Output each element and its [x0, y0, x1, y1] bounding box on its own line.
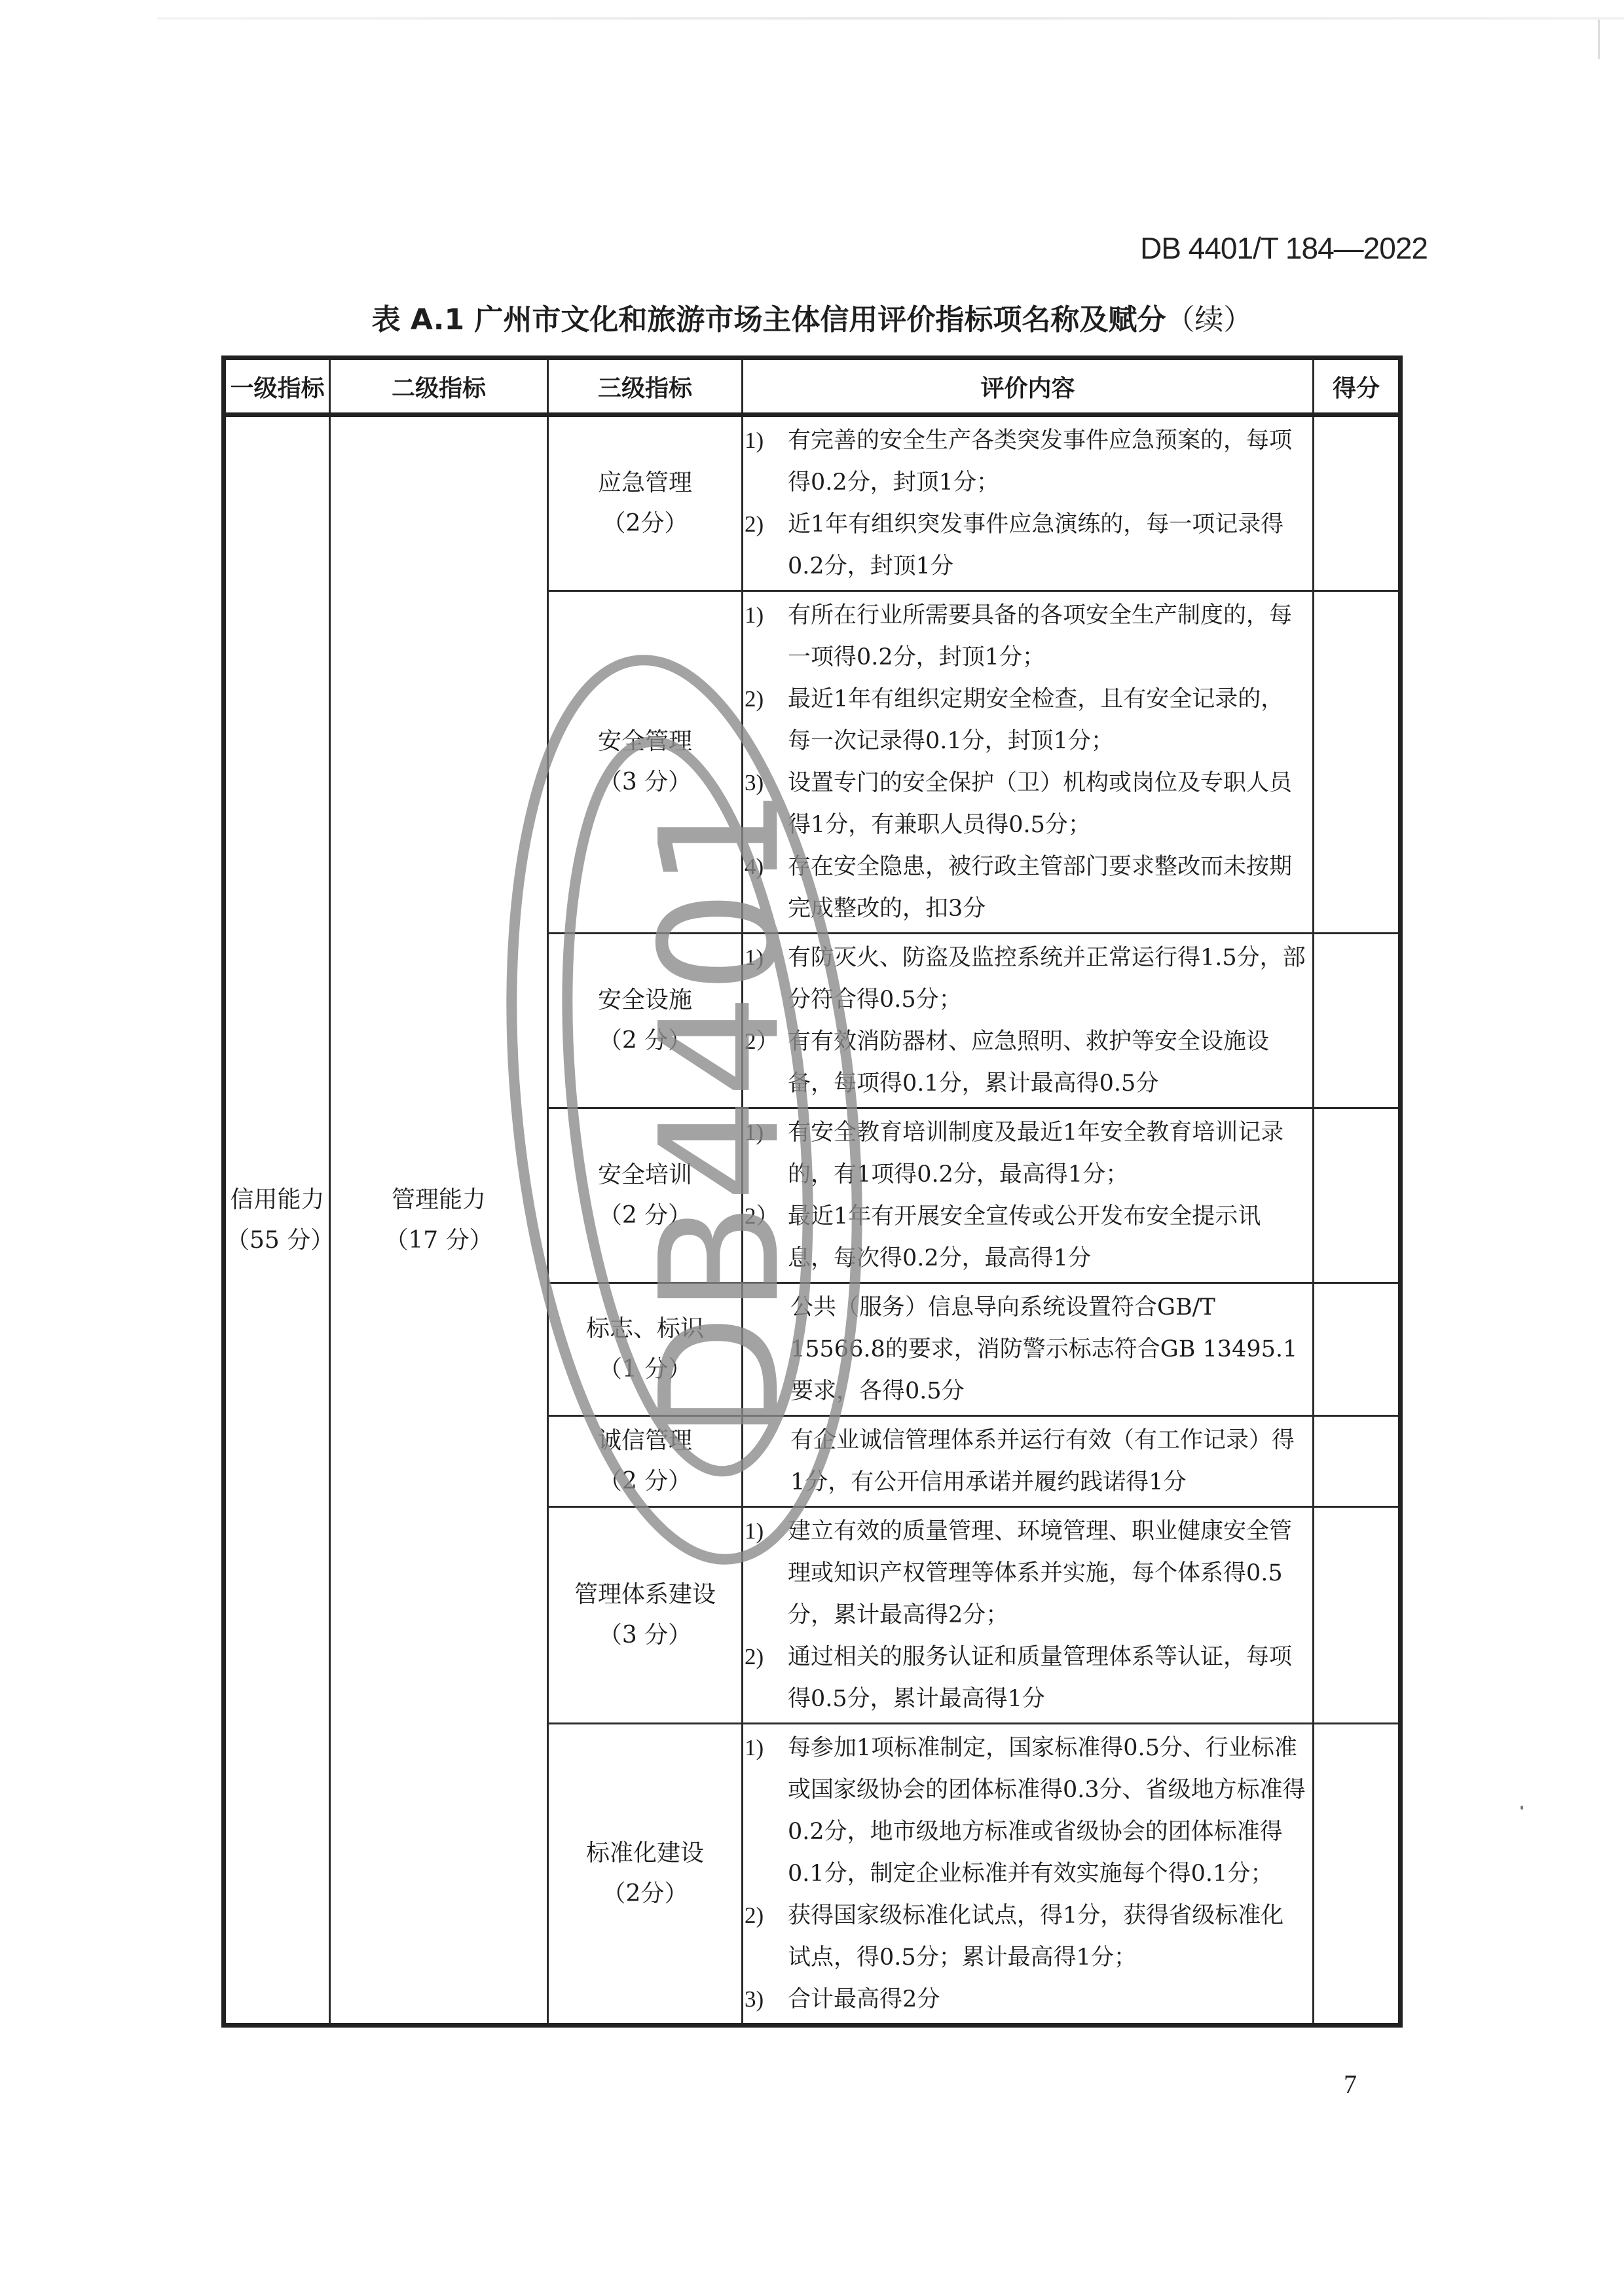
level3-indicator-cell: 安全设施（2 分） — [548, 934, 743, 1108]
level3-name: 安全设施 — [549, 980, 741, 1021]
level3-name: 应急管理 — [549, 463, 741, 503]
level3-points: （3 分） — [549, 1615, 741, 1656]
evaluation-content-cell: 1)有防灭火、防盗及监控系统并正常运行得1.5分，部分符合得0.5分；2）有有效… — [743, 934, 1314, 1108]
column-header-score: 得分 — [1314, 358, 1401, 415]
document-code: DB 4401/T 184—2022 — [1140, 230, 1428, 266]
column-header-level2: 二级指标 — [330, 358, 548, 415]
evaluation-item: 1)有安全教育培训制度及最近1年安全教育培训记录的，有1项得0.2分，最高得1分… — [743, 1112, 1306, 1195]
level3-name: 标准化建设 — [549, 1833, 741, 1874]
item-number: 2) — [743, 1895, 788, 1978]
score-cell[interactable] — [1314, 1724, 1401, 2026]
score-cell[interactable] — [1314, 591, 1401, 934]
level3-indicator-cell: 诚信管理（2 分） — [548, 1416, 743, 1507]
level3-points: （2 分） — [549, 1195, 741, 1236]
item-text: 最近1年有组织定期安全检查，且有安全记录的，每一次记录得0.1分，封顶1分； — [788, 678, 1306, 762]
column-header-content: 评价内容 — [743, 358, 1314, 415]
level3-indicator-cell: 应急管理（2分） — [548, 415, 743, 591]
level3-name: 标志、标识 — [549, 1309, 741, 1349]
level3-name: 管理体系建设 — [549, 1575, 741, 1615]
item-text: 有所在行业所需要具备的各项安全生产制度的，每一项得0.2分，封顶1分； — [788, 594, 1306, 678]
level3-indicator-cell: 安全培训（2 分） — [548, 1108, 743, 1283]
item-text: 有防灭火、防盗及监控系统并正常运行得1.5分，部分符合得0.5分； — [788, 937, 1306, 1021]
item-number: 1) — [743, 1112, 788, 1195]
column-header-level3: 三级指标 — [548, 358, 743, 415]
level1-points: （55 分） — [226, 1220, 329, 1261]
table-title-main: 表 A.1 广州市文化和旅游市场主体信用评价指标项名称及赋分 — [372, 303, 1166, 337]
level3-indicator-cell: 管理体系建设（3 分） — [548, 1507, 743, 1724]
table-header-row: 一级指标 二级指标 三级指标 评价内容 得分 — [224, 358, 1401, 415]
score-cell[interactable] — [1314, 415, 1401, 591]
evaluation-content-cell: 1)有完善的安全生产各类突发事件应急预案的，每项得0.2分，封顶1分；2)近1年… — [743, 415, 1314, 591]
evaluation-content-cell: 1)建立有效的质量管理、环境管理、职业健康安全管理或知识产权管理等体系并实施，每… — [743, 1507, 1314, 1724]
item-text: 获得国家级标准化试点，得1分，获得省级标准化试点，得0.5分；累计最高得1分； — [788, 1895, 1306, 1978]
item-text: 有有效消防器材、应急照明、救护等安全设施设备，每项得0.1分，累计最高得0.5分 — [788, 1021, 1306, 1104]
score-cell[interactable] — [1314, 934, 1401, 1108]
score-cell[interactable] — [1314, 1283, 1401, 1416]
item-number: 1) — [743, 1510, 788, 1636]
evaluation-text: 有企业诚信管理体系并运行有效（有工作记录）得1分，有公开信用承诺并履约践诺得1分 — [743, 1419, 1306, 1503]
column-header-level1: 一级指标 — [224, 358, 330, 415]
level3-points: （2 分） — [549, 1021, 741, 1061]
item-number: 2） — [743, 1195, 788, 1279]
item-text: 通过相关的服务认证和质量管理体系等认证，每项得0.5分，累计最高得1分 — [788, 1636, 1306, 1720]
table-body: 信用能力（55 分）管理能力（17 分）应急管理（2分）1)有完善的安全生产各类… — [224, 415, 1401, 2026]
level2-points: （17 分） — [331, 1220, 547, 1261]
item-number: 2) — [743, 503, 788, 587]
item-number: 4) — [743, 846, 788, 930]
level3-indicator-cell: 安全管理（3 分） — [548, 591, 743, 934]
level3-points: （1 分） — [549, 1349, 741, 1390]
evaluation-item: 1)建立有效的质量管理、环境管理、职业健康安全管理或知识产权管理等体系并实施，每… — [743, 1510, 1306, 1636]
page-number: 7 — [1344, 2069, 1357, 2100]
level3-name: 安全管理 — [549, 721, 741, 762]
evaluation-item: 1)有所在行业所需要具备的各项安全生产制度的，每一项得0.2分，封顶1分； — [743, 594, 1306, 678]
evaluation-content-cell: 公共（服务）信息导向系统设置符合GB/T 15566.8的要求，消防警示标志符合… — [743, 1283, 1314, 1416]
level2-name: 管理能力 — [331, 1180, 547, 1220]
item-number: 2) — [743, 1636, 788, 1720]
level3-points: （2 分） — [549, 1461, 741, 1502]
item-text: 有安全教育培训制度及最近1年安全教育培训记录的，有1项得0.2分，最高得1分； — [788, 1112, 1306, 1195]
evaluation-item: 3)合计最高得2分 — [743, 1978, 1306, 2020]
item-number: 1) — [743, 937, 788, 1021]
level1-name: 信用能力 — [226, 1180, 329, 1220]
scan-speck — [1521, 1806, 1523, 1810]
item-text: 有完善的安全生产各类突发事件应急预案的，每项得0.2分，封顶1分； — [788, 420, 1306, 503]
table-title: 表 A.1 广州市文化和旅游市场主体信用评价指标项名称及赋分（续） — [0, 296, 1624, 338]
item-number: 3) — [743, 762, 788, 846]
item-text: 建立有效的质量管理、环境管理、职业健康安全管理或知识产权管理等体系并实施，每个体… — [788, 1510, 1306, 1636]
evaluation-item: 2)最近1年有组织定期安全检查，且有安全记录的，每一次记录得0.1分，封顶1分； — [743, 678, 1306, 762]
item-text: 近1年有组织突发事件应急演练的，每一项记录得0.2分，封顶1分 — [788, 503, 1306, 587]
score-cell[interactable] — [1314, 1507, 1401, 1724]
evaluation-table: 一级指标 二级指标 三级指标 评价内容 得分 信用能力（55 分）管理能力（17… — [221, 355, 1403, 2028]
scan-edge-artifact — [1598, 20, 1600, 59]
evaluation-content-cell: 有企业诚信管理体系并运行有效（有工作记录）得1分，有公开信用承诺并履约践诺得1分 — [743, 1416, 1314, 1507]
level3-name: 诚信管理 — [549, 1421, 741, 1461]
evaluation-item: 2）有有效消防器材、应急照明、救护等安全设施设备，每项得0.1分，累计最高得0.… — [743, 1021, 1306, 1104]
evaluation-content-cell: 1)有安全教育培训制度及最近1年安全教育培训记录的，有1项得0.2分，最高得1分… — [743, 1108, 1314, 1283]
evaluation-item: 2)获得国家级标准化试点，得1分，获得省级标准化试点，得0.5分；累计最高得1分… — [743, 1895, 1306, 1978]
level1-indicator-cell: 信用能力（55 分） — [224, 415, 330, 2026]
score-cell[interactable] — [1314, 1108, 1401, 1283]
evaluation-item: 1)每参加1项标准制定，国家标准得0.5分、行业标准或国家级协会的团体标准得0.… — [743, 1727, 1306, 1895]
evaluation-item: 2)近1年有组织突发事件应急演练的，每一项记录得0.2分，封顶1分 — [743, 503, 1306, 587]
evaluation-text: 公共（服务）信息导向系统设置符合GB/T 15566.8的要求，消防警示标志符合… — [743, 1286, 1306, 1412]
scan-edge-artifact — [157, 17, 1624, 20]
level3-name: 安全培训 — [549, 1155, 741, 1195]
item-text: 合计最高得2分 — [788, 1978, 1306, 2020]
score-cell[interactable] — [1314, 1416, 1401, 1507]
level3-indicator-cell: 标志、标识（1 分） — [548, 1283, 743, 1416]
level3-points: （2分） — [549, 1874, 741, 1914]
evaluation-item: 3)设置专门的安全保护（卫）机构或岗位及专职人员得1分，有兼职人员得0.5分； — [743, 762, 1306, 846]
evaluation-item: 4)存在安全隐患，被行政主管部门要求整改而未按期完成整改的，扣3分 — [743, 846, 1306, 930]
evaluation-item: 1)有完善的安全生产各类突发事件应急预案的，每项得0.2分，封顶1分； — [743, 420, 1306, 503]
evaluation-content-cell: 1)每参加1项标准制定，国家标准得0.5分、行业标准或国家级协会的团体标准得0.… — [743, 1724, 1314, 2026]
evaluation-content-cell: 1)有所在行业所需要具备的各项安全生产制度的，每一项得0.2分，封顶1分；2)最… — [743, 591, 1314, 934]
item-number: 1) — [743, 594, 788, 678]
evaluation-item: 2)通过相关的服务认证和质量管理体系等认证，每项得0.5分，累计最高得1分 — [743, 1636, 1306, 1720]
level3-indicator-cell: 标准化建设（2分） — [548, 1724, 743, 2026]
item-text: 设置专门的安全保护（卫）机构或岗位及专职人员得1分，有兼职人员得0.5分； — [788, 762, 1306, 846]
item-text: 每参加1项标准制定，国家标准得0.5分、行业标准或国家级协会的团体标准得0.3分… — [788, 1727, 1306, 1895]
item-number: 1) — [743, 420, 788, 503]
evaluation-item: 2）最近1年有开展安全宣传或公开发布安全提示讯息，每次得0.2分，最高得1分 — [743, 1195, 1306, 1279]
item-text: 存在安全隐患，被行政主管部门要求整改而未按期完成整改的，扣3分 — [788, 846, 1306, 930]
table-title-continued: （续） — [1166, 303, 1252, 337]
table-row: 信用能力（55 分）管理能力（17 分）应急管理（2分）1)有完善的安全生产各类… — [224, 415, 1401, 591]
item-text: 最近1年有开展安全宣传或公开发布安全提示讯息，每次得0.2分，最高得1分 — [788, 1195, 1306, 1279]
item-number: 1) — [743, 1727, 788, 1895]
evaluation-item: 1)有防灭火、防盗及监控系统并正常运行得1.5分，部分符合得0.5分； — [743, 937, 1306, 1021]
level3-points: （2分） — [549, 503, 741, 544]
level2-indicator-cell: 管理能力（17 分） — [330, 415, 548, 2026]
level3-points: （3 分） — [549, 762, 741, 803]
item-number: 2） — [743, 1021, 788, 1104]
item-number: 3) — [743, 1978, 788, 2020]
item-number: 2) — [743, 678, 788, 762]
